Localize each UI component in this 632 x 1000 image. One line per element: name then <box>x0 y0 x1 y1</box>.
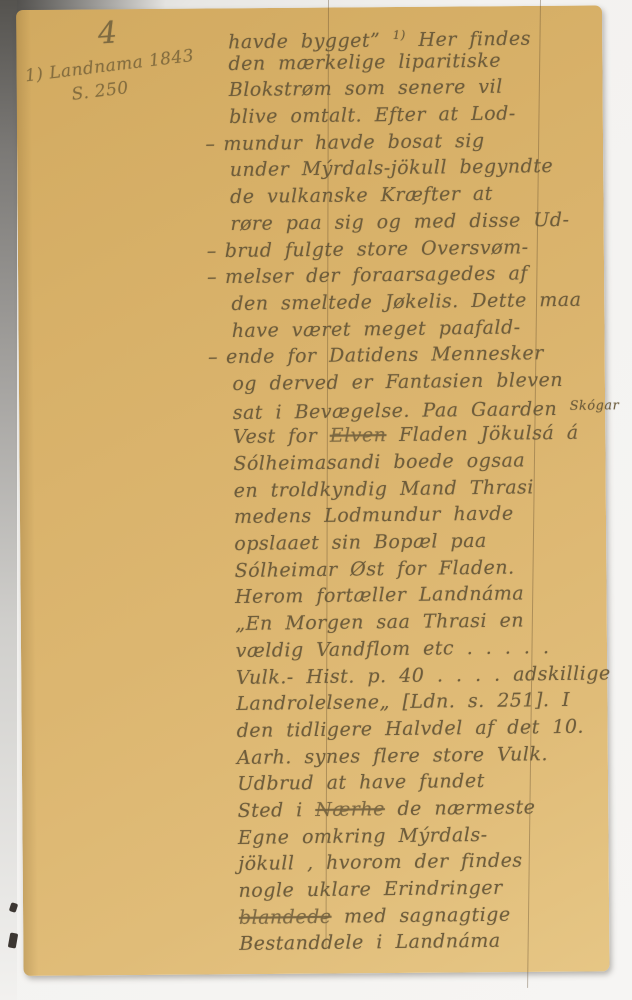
scan-background-edge <box>0 0 17 1000</box>
manuscript-line: den smeltede Jøkelis. Dette maa <box>231 286 627 318</box>
line-segment: under Mýrdals-jökull begyndte <box>230 155 554 181</box>
line-segment: Egne omkring Mýrdals- <box>238 824 488 849</box>
line-segment: melser der foraarsagedes af <box>225 263 528 289</box>
line-segment: og derved er Fantasien bleven <box>232 369 563 395</box>
line-segment: 1) <box>393 28 406 42</box>
line-segment: nogle uklare Erindringer <box>238 877 502 902</box>
line-segment: Vest for <box>233 425 330 448</box>
line-segment: en troldkyndig Mand Thrasi <box>234 476 534 502</box>
line-segment: den smeltede Jøkelis. Dette maa <box>231 289 581 315</box>
scanned-manuscript-page: 4 1) Landnama 1843 S. 250 havde bygget” … <box>0 0 632 1000</box>
line-segment: – <box>207 264 217 291</box>
line-segment: blive omtalt. Efter at Lod- <box>229 103 516 128</box>
line-segment: Aarh. synes flere store Vulk. <box>237 743 548 769</box>
line-segment: Skógar <box>570 398 620 414</box>
line-segment: Vulk.- Hist. p. 40 . . . . adskillige <box>236 662 611 689</box>
line-segment: den tidligere Halvdel af det 10. <box>237 716 585 742</box>
line-segment: ende for Datidens Mennesker <box>226 342 544 368</box>
line-segment: Bestanddele i Landnáma <box>239 930 501 955</box>
line-segment: den mærkelige liparitiske <box>228 49 501 74</box>
manuscript-line: røre paa sig og med disse Ud- <box>230 206 626 238</box>
line-segment: have været meget paafald- <box>232 316 521 342</box>
manuscript-line: den tidligere Halvdel af det 10. <box>236 713 632 745</box>
manuscript-line: Bestanddele i Landnáma <box>239 926 632 958</box>
line-segment: sat i Bevægelse. Paa Gaarden <box>233 397 570 423</box>
page-number: 4 <box>97 15 118 51</box>
line-segment: de vulkanske Kræfter at <box>230 183 493 208</box>
line-segment: mundur havde bosat sig <box>223 130 484 155</box>
line-segment: Blokstrøm som senere vil <box>229 76 503 101</box>
line-segment: jökull , hvorom der findes <box>238 850 523 875</box>
line-segment: Fladen Jökulsá á <box>386 422 578 446</box>
line-segment: med sagnagtige <box>331 903 510 927</box>
line-segment: røre paa sig og med disse Ud- <box>230 209 569 235</box>
line-segment: Herom fortæller Landnáma <box>235 583 524 609</box>
line-segment: vældig Vandflom etc . . . . . <box>236 636 550 662</box>
line-segment: medens Lodmundur havde <box>234 503 514 528</box>
line-segment: – <box>205 131 215 158</box>
line-segment: de nærmeste <box>385 796 536 820</box>
manuscript-line: Vest for Elven Fladen Jökulsá á <box>233 419 629 451</box>
manuscript-line: Vulk.- Hist. p. 40 . . . . adskillige <box>236 660 632 692</box>
line-segment: Sted i <box>237 799 315 822</box>
line-segment: Udbrud at have fundet <box>237 770 485 795</box>
line-segment: Landrolelsene„ [Ldn. s. 251]. I <box>236 689 570 715</box>
line-segment: „En Morgen saa Thrasi en <box>235 610 524 636</box>
struck-word: blandede <box>239 905 332 928</box>
struck-word: Elven <box>330 424 387 447</box>
line-segment: opslaaet sin Bopæl paa <box>234 530 487 555</box>
line-segment: Sólheimar Øst for Fladen. <box>235 556 515 581</box>
line-segment: – <box>207 238 217 265</box>
line-segment: Sólheimasandi boede ogsaa <box>233 449 525 475</box>
line-segment: – <box>208 344 218 371</box>
line-segment: brud fulgte store Oversvøm- <box>225 236 529 262</box>
struck-word: Nærhe <box>315 798 385 821</box>
text-column: havde bygget” 1) Her findesden mærkelige… <box>228 19 632 958</box>
